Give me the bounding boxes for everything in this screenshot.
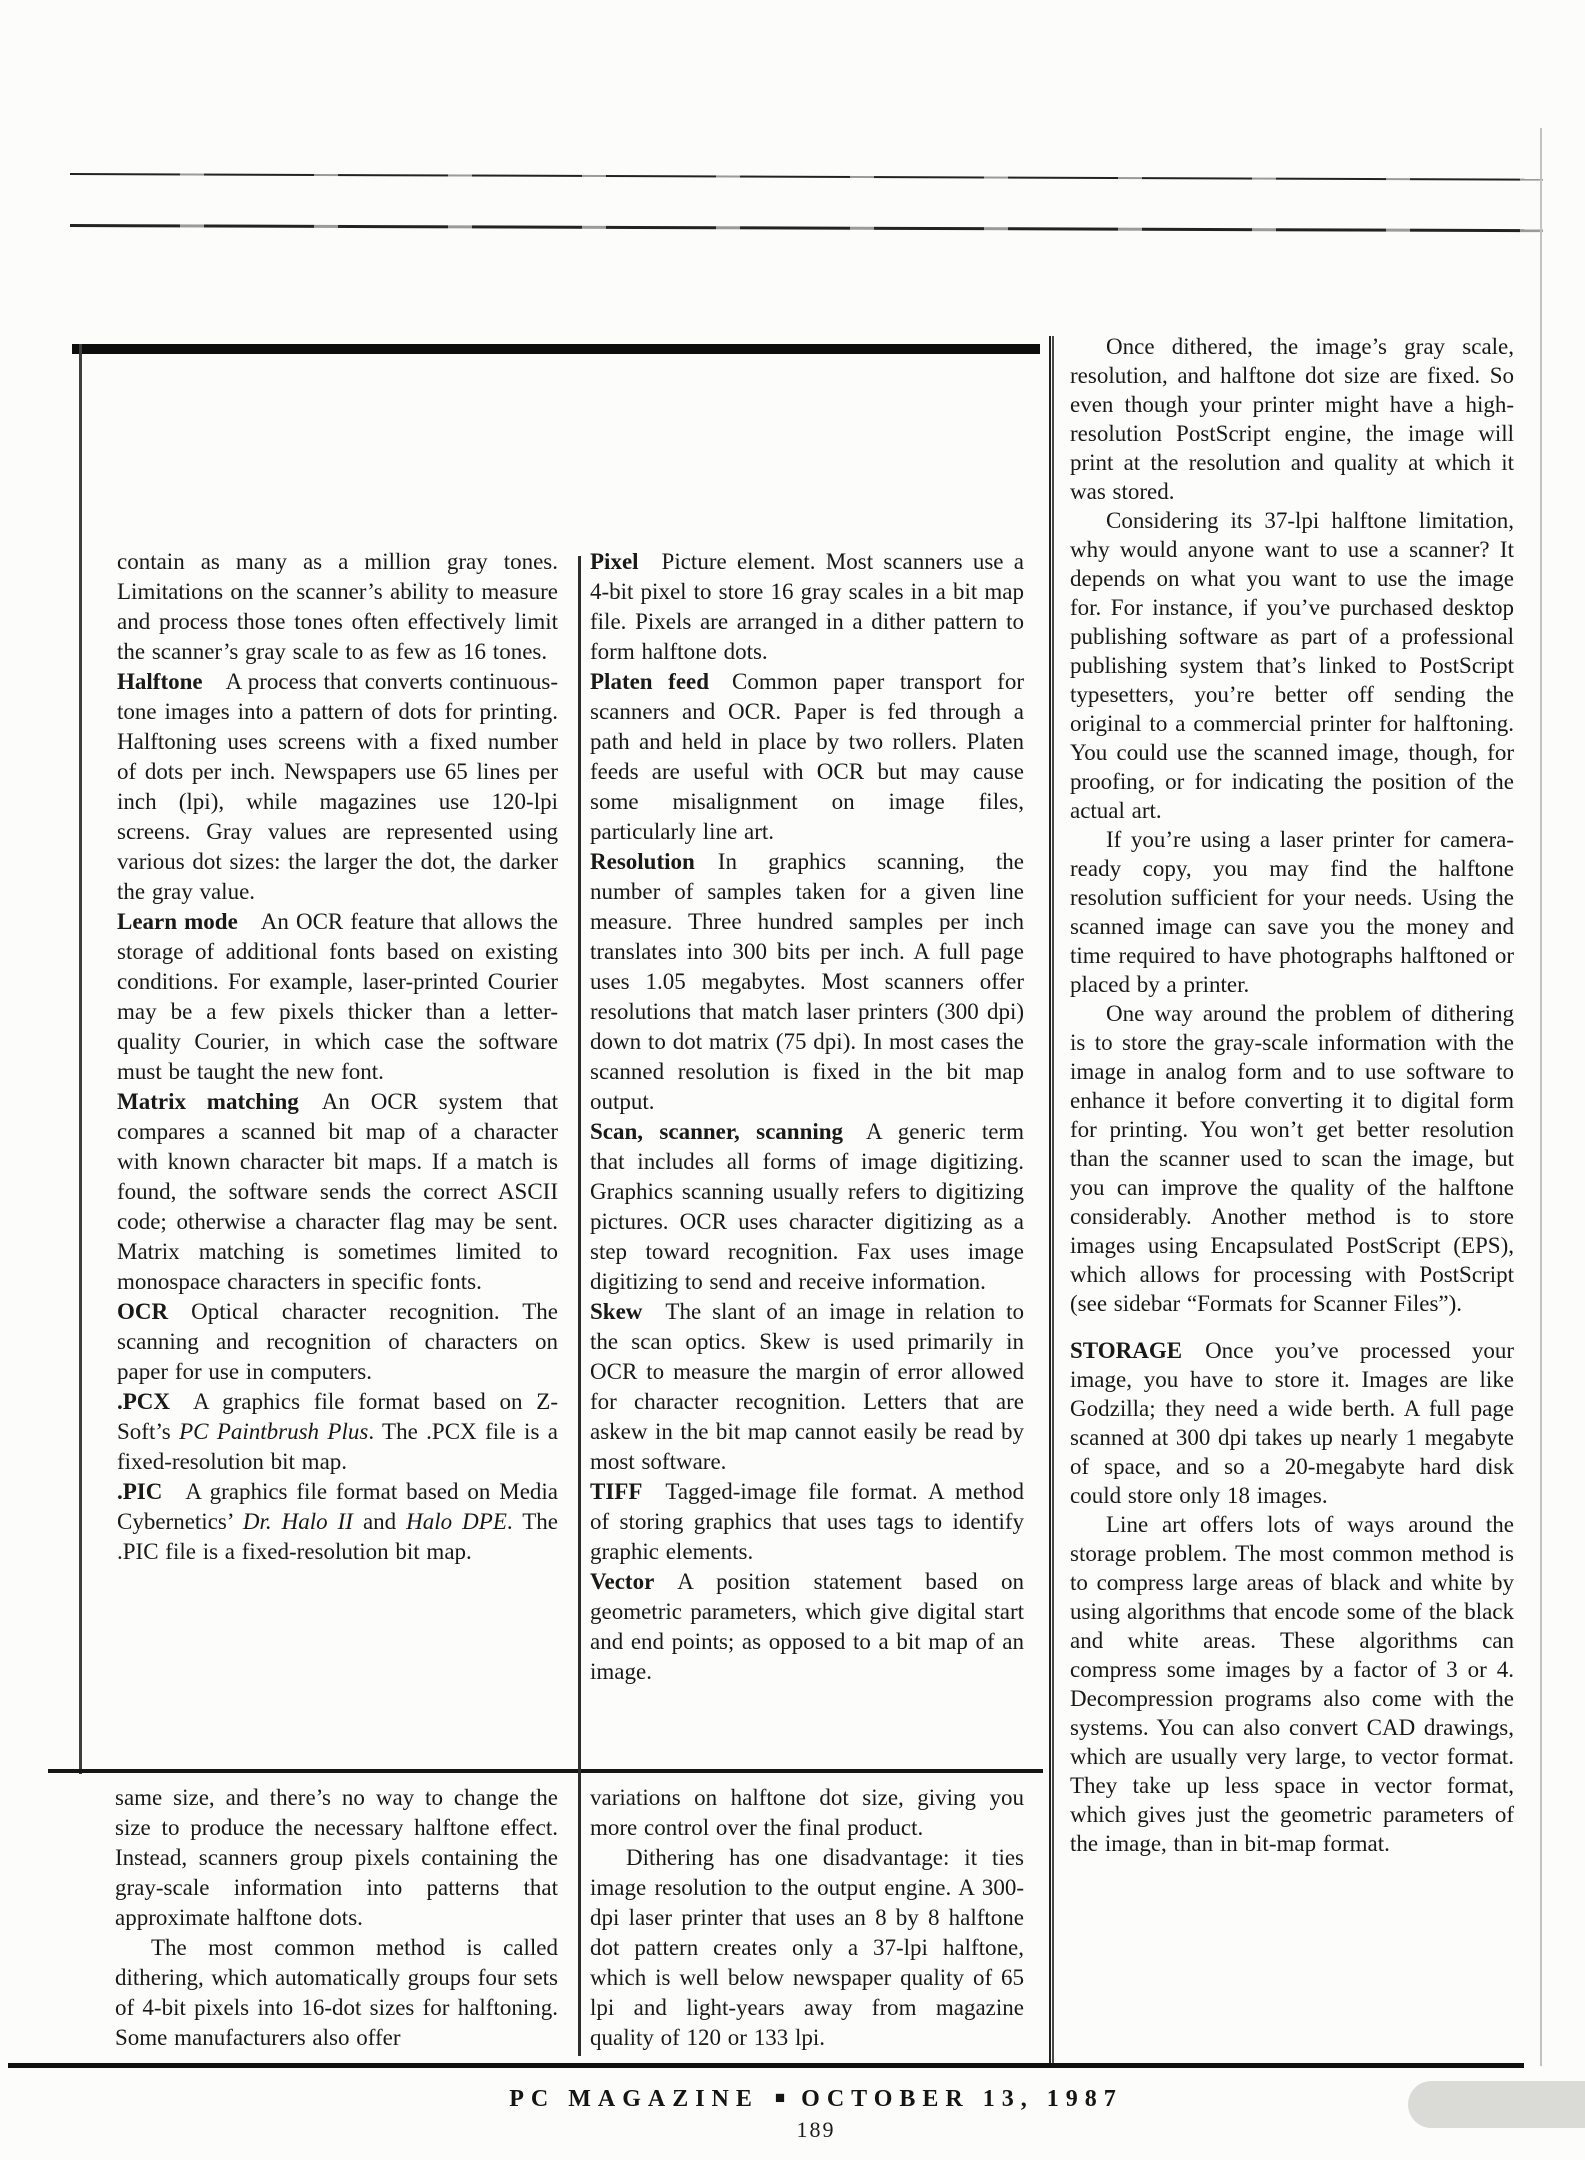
footer-square-bullet-icon: ■ xyxy=(775,2088,785,2107)
storage-section-paragraph: STORAGE Once you’ve processed your image… xyxy=(1070,1336,1514,1510)
article-right-column: Once dithered, the image’s gray scale, r… xyxy=(1070,332,1514,2065)
glossary-entry: .PCX A graphics file format based on Z-S… xyxy=(117,1387,558,1477)
glossary-column-1: contain as many as a million gray tones.… xyxy=(117,547,558,1769)
glossary-term: Vector xyxy=(590,1569,677,1594)
glossary-term: OCR xyxy=(117,1299,191,1324)
glossary-term: TIFF xyxy=(590,1479,665,1504)
glossary-term: .PCX xyxy=(117,1389,193,1414)
article-bottom-middle-column: variations on halftone dot size, giving … xyxy=(590,1783,1024,2061)
glossary-box-left-border xyxy=(79,344,82,1774)
article-paragraph: The most common method is called ditheri… xyxy=(115,1933,558,2053)
glossary-entry: Vector A position statement based on geo… xyxy=(590,1567,1024,1687)
glossary-term: Resolution xyxy=(590,849,718,874)
glossary-column-2: Pixel Picture element. Most scanners use… xyxy=(590,547,1024,1769)
glossary-box-top-bar xyxy=(72,344,1040,354)
glossary-term: Pixel xyxy=(590,549,662,574)
italic-text: Halo DPE xyxy=(406,1509,507,1534)
page-number: 189 xyxy=(120,2117,1512,2143)
glossary-entry: OCR Optical character recognition. The s… xyxy=(117,1297,558,1387)
right-column-separator xyxy=(1049,336,1054,2065)
glossary-entry: TIFF Tagged-image file format. A method … xyxy=(590,1477,1024,1567)
italic-text: Dr. Halo II xyxy=(243,1509,353,1534)
glossary-entry: Matrix matching An OCR system that compa… xyxy=(117,1087,558,1297)
text-run: and xyxy=(353,1509,406,1534)
glossary-term: Halftone xyxy=(117,669,226,694)
article-paragraph: Line art offers lots of ways around the … xyxy=(1070,1510,1514,1858)
article-paragraph: same size, and there’s no way to change … xyxy=(115,1783,558,1933)
italic-text: PC Paintbrush Plus xyxy=(179,1419,368,1444)
article-paragraph: If you’re using a laser printer for came… xyxy=(1070,825,1514,999)
glossary-entry: Skew The slant of an image in relation t… xyxy=(590,1297,1024,1477)
glossary-term: Scan, scanner, scanning xyxy=(590,1119,866,1144)
footer-issue-date: OCTOBER 13, 1987 xyxy=(801,2086,1123,2112)
glossary-continuation-text: contain as many as a million gray tones.… xyxy=(117,547,558,667)
article-paragraph: Dithering has one disadvantage: it ties … xyxy=(590,1843,1024,2053)
glossary-entry: Learn mode An OCR feature that allows th… xyxy=(117,907,558,1087)
section-heading-runin: STORAGE xyxy=(1070,1338,1205,1363)
footer: PC MAGAZINE■OCTOBER 13, 1987 xyxy=(120,2086,1512,2113)
glossary-box-bottom-rule xyxy=(48,1769,1043,1773)
column-divider xyxy=(578,556,581,2056)
glossary-entry: Pixel Picture element. Most scanners use… xyxy=(590,547,1024,667)
glossary-entry: .PIC A graphics file format based on Med… xyxy=(117,1477,558,1567)
magazine-page: contain as many as a million gray tones.… xyxy=(0,0,1585,2160)
page-right-edge-rule xyxy=(1540,128,1542,2066)
glossary-entry: Halftone A process that converts continu… xyxy=(117,667,558,907)
glossary-entry: Platen feed Common paper transport for s… xyxy=(590,667,1024,847)
article-paragraph: Once dithered, the image’s gray scale, r… xyxy=(1070,332,1514,506)
glossary-entry: Scan, scanner, scanning A generic term t… xyxy=(590,1117,1024,1297)
footer-magazine-name: PC MAGAZINE xyxy=(509,2086,759,2112)
top-rule-1 xyxy=(70,173,1543,181)
article-bottom-left-column: same size, and there’s no way to change … xyxy=(115,1783,558,2061)
article-paragraph: One way around the problem of dithering … xyxy=(1070,999,1514,1318)
glossary-entry: Resolution In graphics scanning, the num… xyxy=(590,847,1024,1117)
glossary-term: Platen feed xyxy=(590,669,732,694)
top-rule-2 xyxy=(70,224,1543,232)
glossary-term: .PIC xyxy=(117,1479,185,1504)
glossary-term: Skew xyxy=(590,1299,665,1324)
glossary-term: Learn mode xyxy=(117,909,261,934)
article-paragraph: Considering its 37-lpi halftone limitati… xyxy=(1070,506,1514,825)
article-paragraph: variations on halftone dot size, giving … xyxy=(590,1783,1024,1843)
glossary-term: Matrix matching xyxy=(117,1089,322,1114)
